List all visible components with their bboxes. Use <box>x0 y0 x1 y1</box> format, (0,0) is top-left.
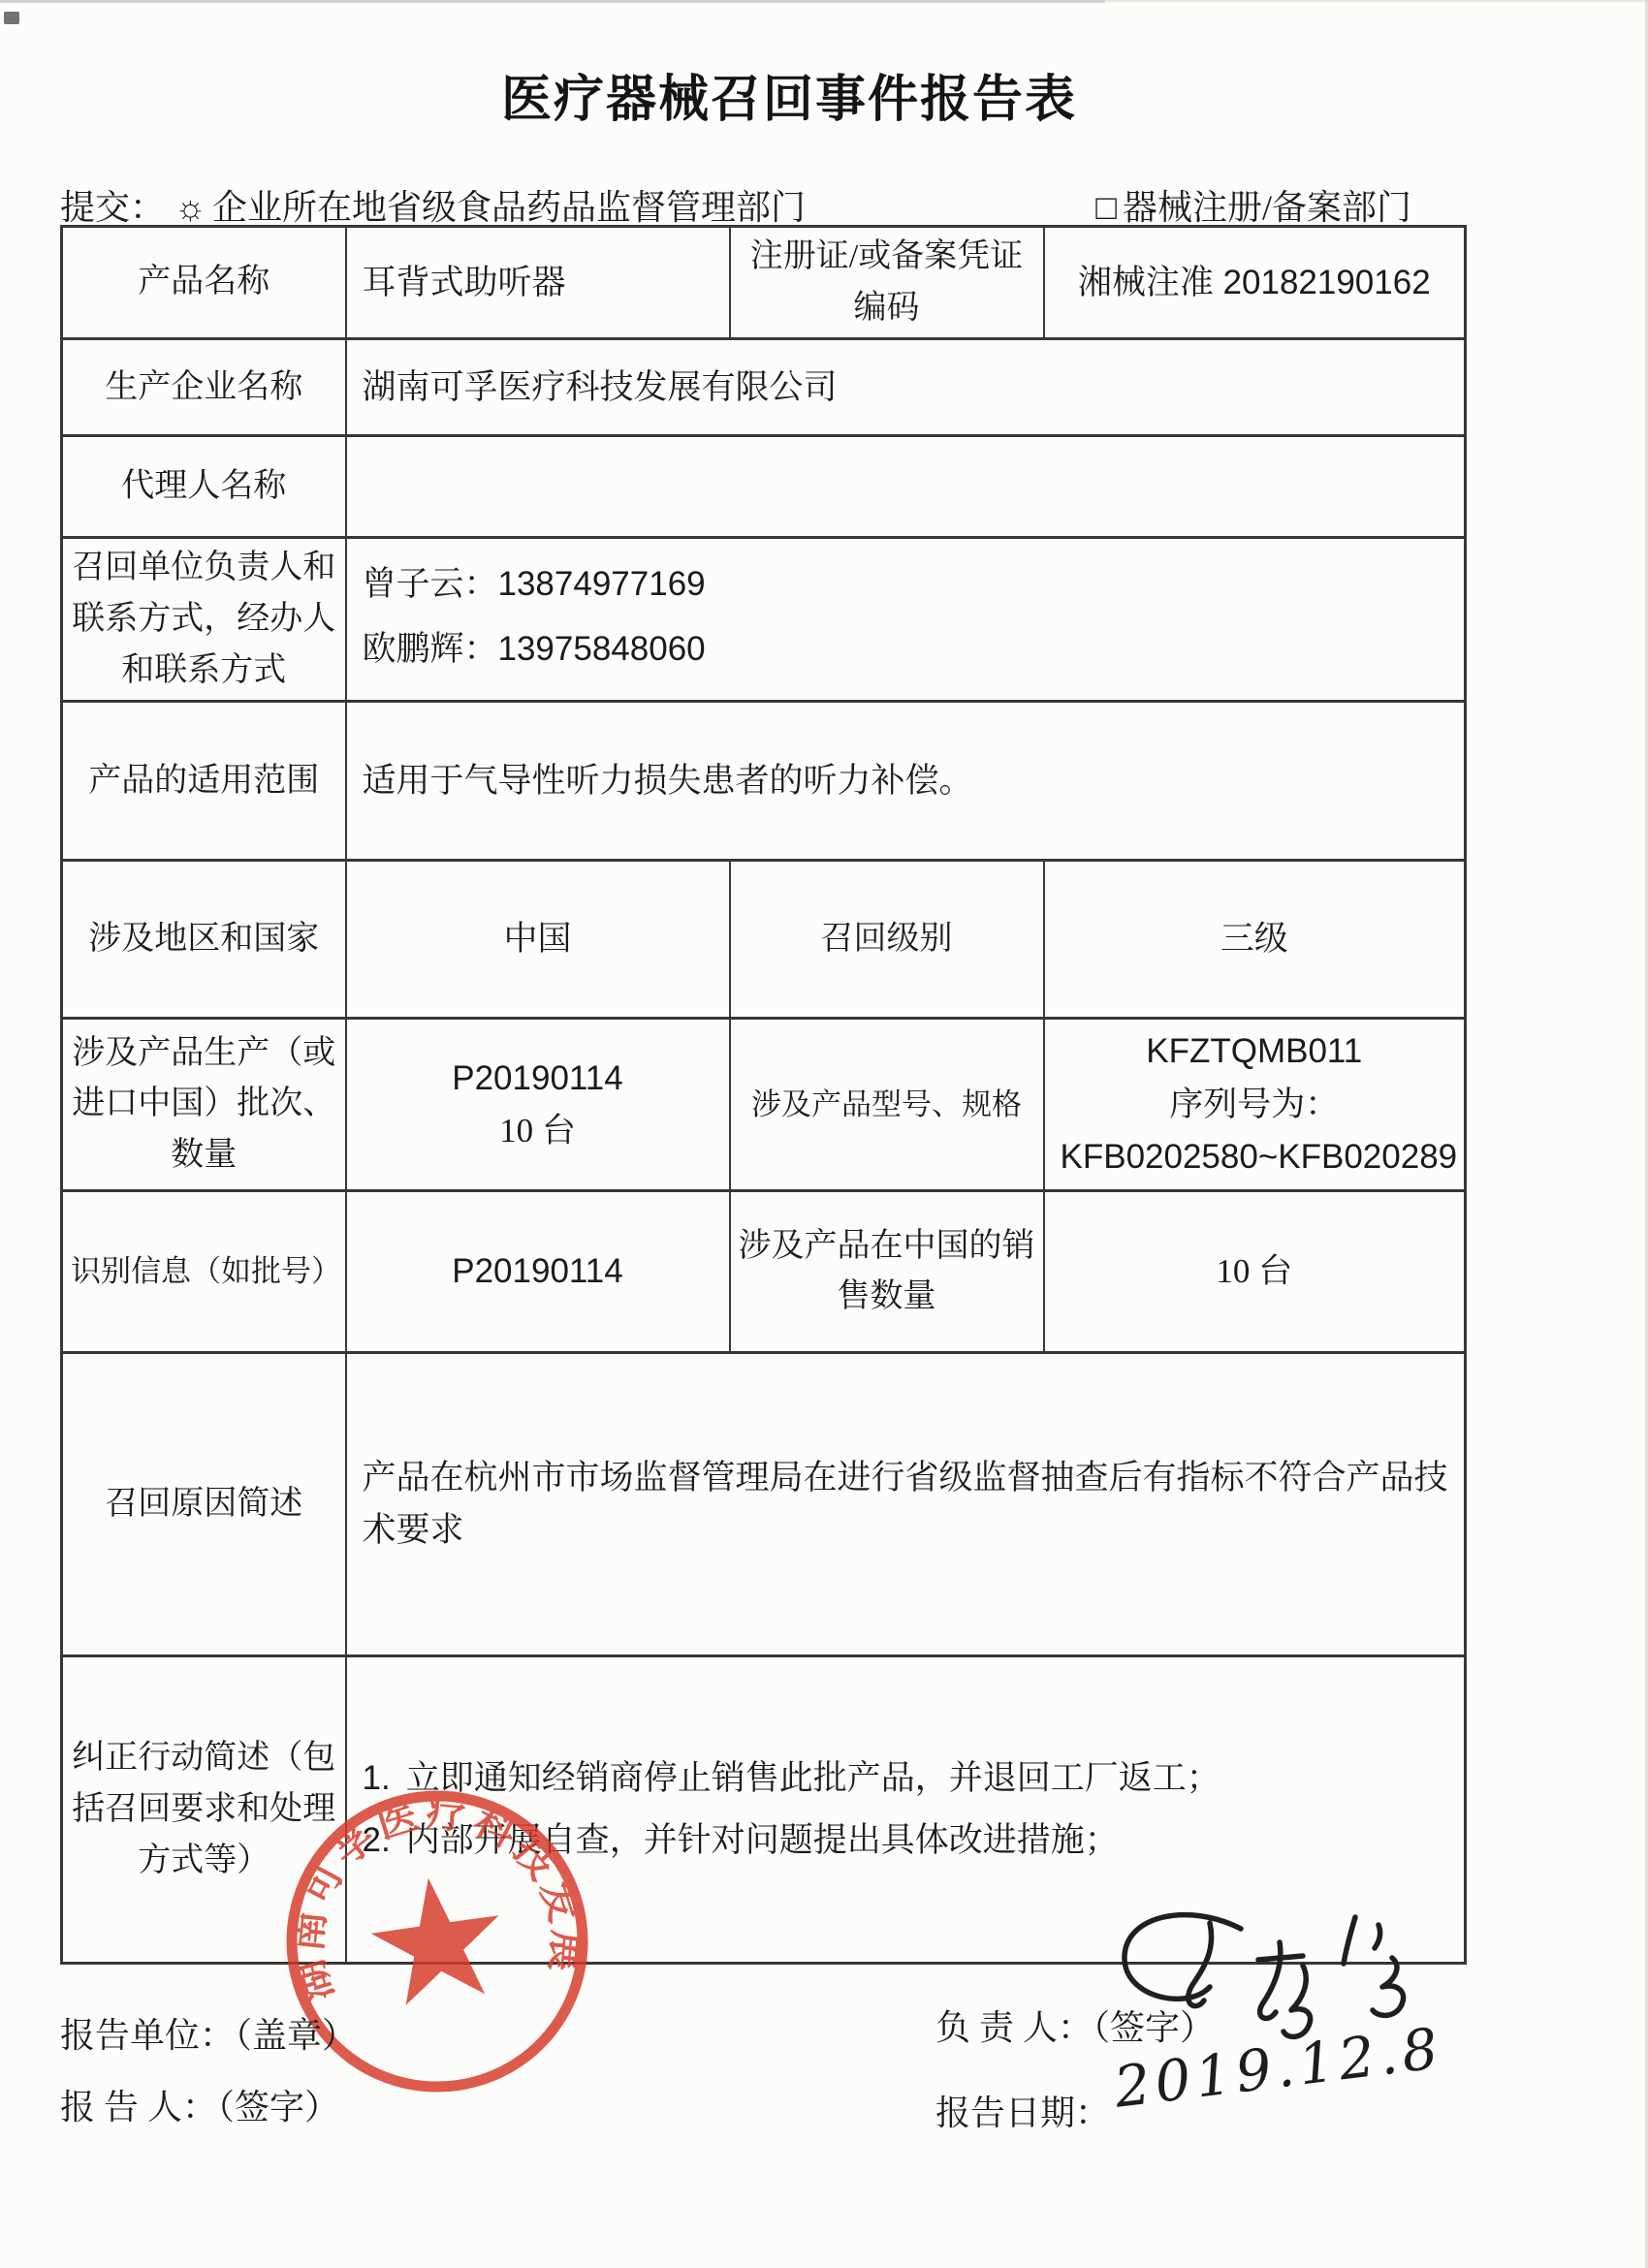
cell-recall-contacts-value: 曾子云：13874977169 欧鹏辉：13975848060 <box>346 538 1466 702</box>
cell-batches-label: 涉及产品生产（或进口中国）批次、数量 <box>62 1019 346 1191</box>
cell-china-sales-value: 10 台 <box>1044 1191 1466 1353</box>
cell-identification-label: 识别信息（如批号） <box>62 1191 346 1353</box>
serial-range: KFB0202580~KFB020289 <box>1061 1131 1449 1183</box>
cell-recall-reason-value: 产品在杭州市市场监督管理局在进行省级监督抽查后有指标不符合产品技术要求 <box>346 1353 1466 1656</box>
signature-handwriting <box>1095 1907 1444 2101</box>
submit-line: 提交：☼企业所在地省级食品药品监督管理部门 □器械注册/备案部门 <box>60 180 1464 230</box>
cell-recall-level-label: 召回级别 <box>730 861 1044 1019</box>
batch-quantity: 10 台 <box>363 1105 713 1157</box>
row-batches-and-model: 涉及产品生产（或进口中国）批次、数量 P20190114 10 台 涉及产品型号… <box>62 1019 1466 1191</box>
row-region-and-level: 涉及地区和国家 中国 召回级别 三级 <box>62 861 1466 1019</box>
row-recall-contacts: 召回单位负责人和联系方式，经办人和联系方式 曾子云：13874977169 欧鹏… <box>62 538 1466 702</box>
contact-line-1: 曾子云：13874977169 <box>363 552 1449 617</box>
page-title: 医疗器械召回事件报告表 <box>87 58 1491 131</box>
cell-registration-code-value: 湘械注准 20182190162 <box>1044 227 1466 339</box>
recall-report-table: 产品名称 耳背式助听器 注册证/或备案凭证编码 湘械注准 20182190162… <box>60 225 1467 1965</box>
scan-artifact-top-edge <box>0 0 1105 3</box>
report-date-label: 报告日期： <box>935 2086 1110 2135</box>
scan-artifact-top-edge-light <box>1105 0 1648 2</box>
cell-recall-contacts-label: 召回单位负责人和联系方式，经办人和联系方式 <box>62 538 346 702</box>
row-product-name: 产品名称 耳背式助听器 注册证/或备案凭证编码 湘械注准 20182190162 <box>62 227 1466 339</box>
submit-option1-label: 企业所在地省级食品药品监督管理部门 <box>212 188 806 227</box>
cell-product-name-label: 产品名称 <box>62 227 346 339</box>
cell-agent-value <box>346 436 1466 538</box>
cell-identification-value: P20190114 <box>346 1191 730 1353</box>
contact-line-2: 欧鹏辉：13975848060 <box>363 617 1449 682</box>
cell-agent-label: 代理人名称 <box>62 436 346 538</box>
cell-region-label: 涉及地区和国家 <box>62 861 346 1019</box>
submit-option2-label: 器械注册/备案部门 <box>1123 188 1411 227</box>
submit-option-province: 提交：☼企业所在地省级食品药品监督管理部门 <box>60 180 806 230</box>
empty-checkbox-icon: □ <box>1095 187 1117 228</box>
cell-region-value: 中国 <box>346 861 730 1019</box>
row-intended-use: 产品的适用范围 适用于气导性听力损失患者的听力补偿。 <box>62 702 1466 861</box>
cell-china-sales-label: 涉及产品在中国的销售数量 <box>730 1191 1044 1353</box>
serial-label: 序列号为： <box>1061 1079 1449 1131</box>
sun-checkbox-icon: ☼ <box>174 187 206 228</box>
company-seal-stamp: 湖南可孚医疗科技发展有限公司 <box>259 1763 616 2120</box>
cell-manufacturer-value: 湖南可孚医疗科技发展有限公司 <box>346 339 1466 436</box>
seal-star-icon <box>364 1869 510 2008</box>
report-unit-label: 报告单位：（盖章） <box>60 2008 357 2058</box>
batch-number: P20190114 <box>363 1053 713 1105</box>
cell-registration-code-label: 注册证/或备案凭证编码 <box>730 227 1044 339</box>
scan-artifact-corner-mark <box>4 12 19 24</box>
cell-manufacturer-label: 生产企业名称 <box>62 339 346 436</box>
cell-recall-reason-label: 召回原因简述 <box>62 1353 346 1656</box>
cell-batches-value: P20190114 10 台 <box>346 1019 730 1191</box>
scanned-recall-report-document: 医疗器械召回事件报告表 提交：☼企业所在地省级食品药品监督管理部门 □器械注册/… <box>0 0 1648 2268</box>
cell-product-name-value: 耳背式助听器 <box>346 227 730 339</box>
cell-model-label: 涉及产品型号、规格 <box>730 1019 1044 1191</box>
submit-label: 提交： <box>60 188 165 227</box>
submit-option-registration: □器械注册/备案部门 <box>1086 180 1411 230</box>
cell-intended-use-value: 适用于气导性听力损失患者的听力补偿。 <box>346 702 1466 861</box>
row-manufacturer: 生产企业名称 湖南可孚医疗科技发展有限公司 <box>62 339 1466 436</box>
cell-recall-level-value: 三级 <box>1044 861 1466 1019</box>
reporter-label: 报 告 人：（签字） <box>60 2080 339 2129</box>
cell-model-value: KFZTQMB011 序列号为： KFB0202580~KFB020289 <box>1044 1019 1466 1191</box>
row-recall-reason: 召回原因简述 产品在杭州市市场监督管理局在进行省级监督抽查后有指标不符合产品技术… <box>62 1353 1466 1656</box>
cell-intended-use-label: 产品的适用范围 <box>62 702 346 861</box>
row-agent-name: 代理人名称 <box>62 436 1466 538</box>
model-code: KFZTQMB011 <box>1061 1025 1449 1078</box>
row-identification-and-sales: 识别信息（如批号） P20190114 涉及产品在中国的销售数量 10 台 <box>62 1191 1466 1353</box>
